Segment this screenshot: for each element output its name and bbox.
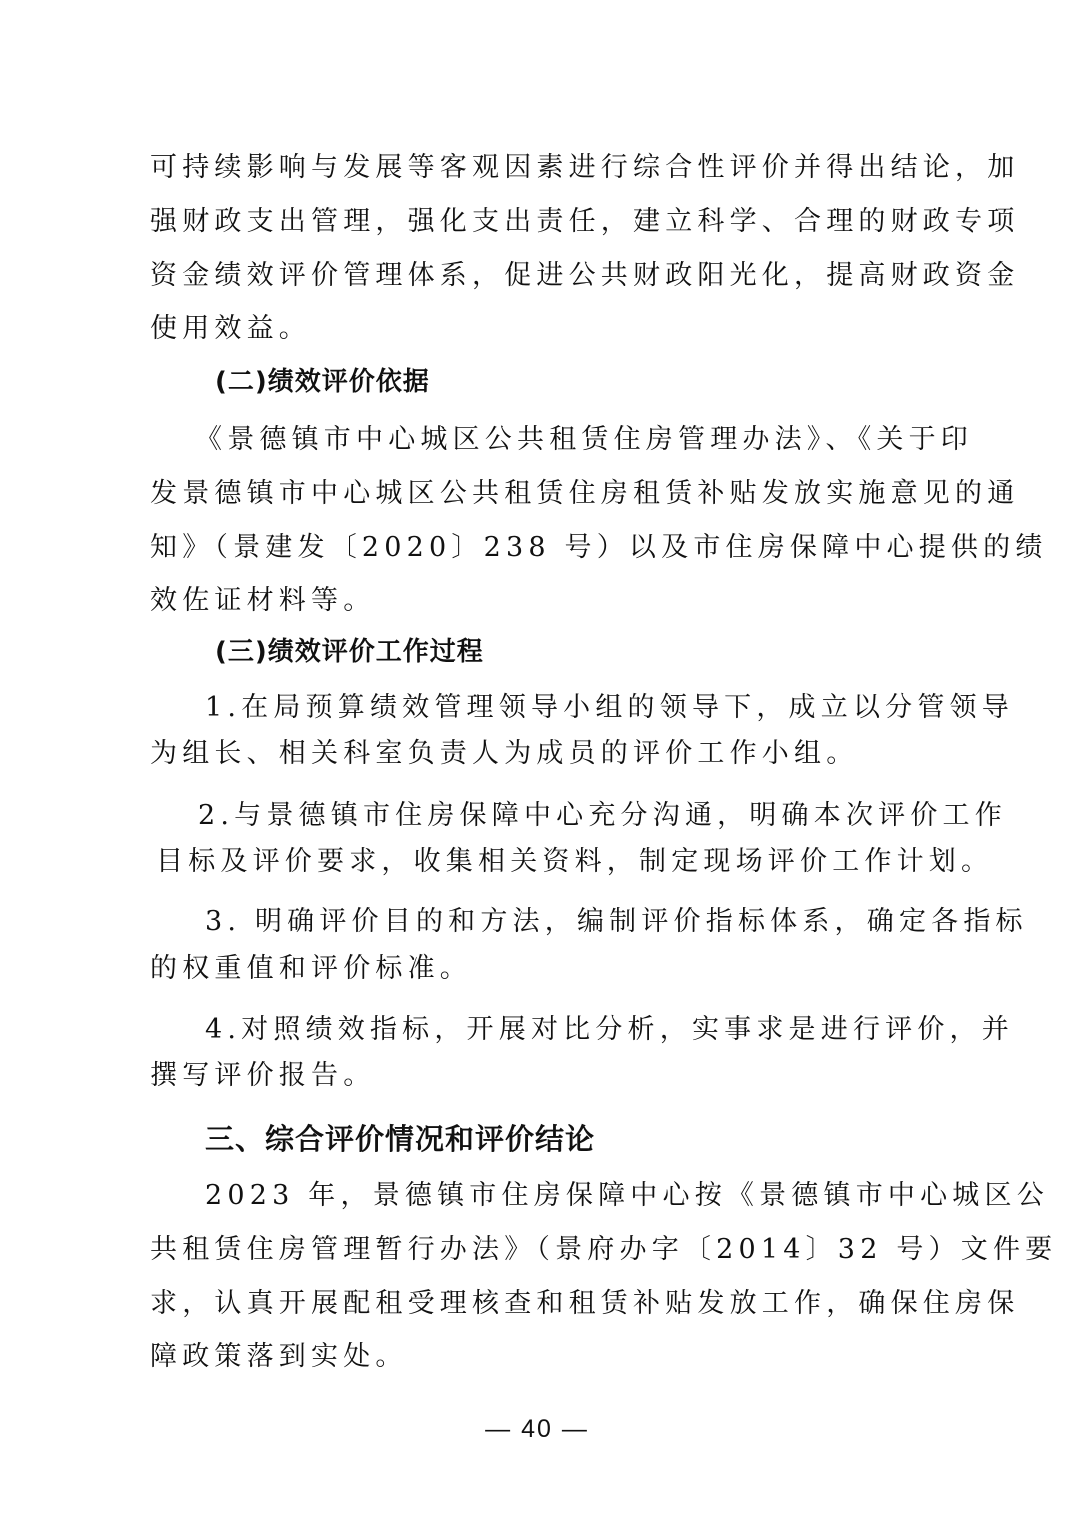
text-line: 强财政支出管理，强化支出责任，建立科学、合理的财政专项 [150,206,932,238]
text-line: 发景德镇市中心城区公共租赁住房租赁补贴发放实施意见的通 [150,478,932,510]
text-line: 知》（景建发〔2020〕238 号）以及市住房保障中心提供的绩 [150,532,932,564]
text-line: 1.在局预算绩效管理领导小组的领导下，成立以分管领导 [205,692,932,724]
text-line: 求，认真开展配租受理核查和租赁补贴发放工作，确保住房保 [150,1288,932,1320]
text-line: 3. 明确评价目的和方法，编制评价指标体系，确定各指标 [205,906,932,938]
text-line: 目标及评价要求，收集相关资料，制定现场评价工作计划。 [156,846,938,878]
text-line: 为组长、相关科室负责人为成员的评价工作小组。 [150,738,932,770]
text-line: 使用效益。 [150,313,932,345]
text-line: 2.与景德镇市住房保障中心充分沟通，明确本次评价工作 [198,800,925,832]
text-line: 2023 年，景德镇市住房保障中心按《景德镇市中心城区公 [205,1180,932,1212]
section-heading-process: (三)绩效评价工作过程 [215,636,484,668]
text-line: 的权重值和评价标准。 [150,953,932,985]
page-number: — 40 — [0,1415,1074,1444]
text-line: 4.对照绩效指标，开展对比分析，实事求是进行评价，并 [205,1014,932,1046]
text-line: 效佐证材料等。 [150,585,932,617]
text-line: 资金绩效评价管理体系，促进公共财政阳光化，提高财政资金 [150,260,932,292]
text-line: 《景德镇市中心城区公共租赁住房管理办法》、《关于印 [195,424,932,456]
chapter-heading: 三、综合评价情况和评价结论 [205,1122,595,1156]
section-heading-basis: (二)绩效评价依据 [215,366,430,398]
text-line: 可持续影响与发展等客观因素进行综合性评价并得出结论，加 [150,152,932,184]
text-line: 障政策落到实处。 [150,1341,932,1373]
text-line: 撰写评价报告。 [150,1060,932,1092]
text-line: 共租赁住房管理暂行办法》（景府办字〔2014〕32 号）文件要 [150,1234,932,1266]
document-page: 可持续影响与发展等客观因素进行综合性评价并得出结论，加 强财政支出管理，强化支出… [0,0,1074,1520]
